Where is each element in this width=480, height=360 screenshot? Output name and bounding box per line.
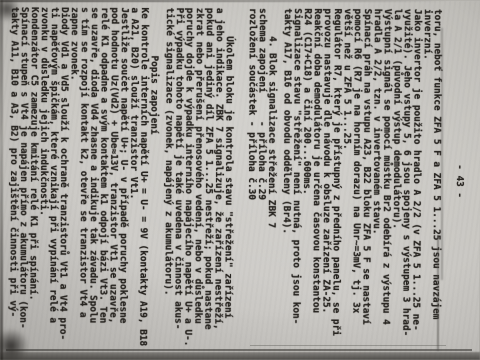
body-paragraphs: Ke kontrole interních napětí U+ = U- = 9…	[7, 7, 149, 356]
document-text-block: toru, neboť funkce ZFA 5 F a ZFA 5 1...2…	[7, 0, 442, 360]
text-line: toru, neboť funkce ZFA 5 F a ZFA 5 1...2…	[430, 9, 442, 357]
text-line: rozložení součástek - příloha č.30	[245, 8, 257, 356]
scanned-document-viewport: - 43 - toru, neboť funkce ZFA 5 F a ZFA …	[0, 0, 480, 360]
document-page: - 43 - toru, neboť funkce ZFA 5 F a ZFA …	[0, 0, 480, 360]
previous-section-paragraphs: toru, neboť funkce ZFA 5 F a ZFA 5 1...2…	[280, 8, 442, 357]
text-line: takty A11, B10 a A3, B2) pro zajištění č…	[7, 7, 19, 355]
intro-paragraph: Úkolem bloku je kontrola stavu "střežení…	[162, 8, 234, 356]
appendix-references: schema zapojení - příloha č.29rozložení …	[245, 8, 267, 356]
page-number: - 43 -	[453, 1, 465, 360]
